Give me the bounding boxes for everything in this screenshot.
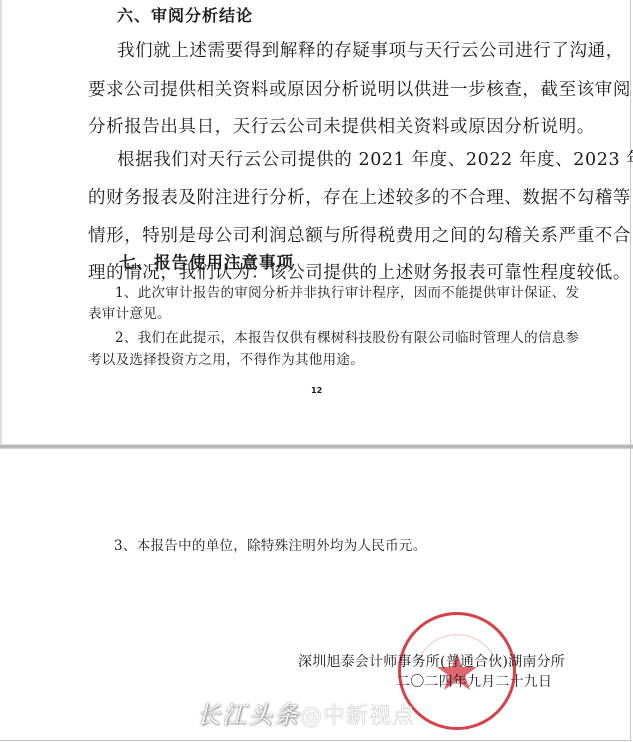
- section-6-para1-line1: 我们就上述需要得到解释的存疑事项与天行云公司进行了沟通，: [117, 41, 624, 61]
- section-7-heading: 七、报告使用注意事项: [119, 253, 294, 273]
- signature-date: 二〇二四年九月二十九日: [396, 671, 552, 691]
- section-6-heading: 六、审阅分析结论: [117, 6, 253, 26]
- section-6-para2-line2: 的财务报表及附注进行分析，存在上述较多的不合理、数据不勾稽等: [88, 188, 631, 208]
- page-number: 12: [311, 386, 322, 395]
- signature-firm-name: 深圳旭泰会计师事务所(普通合伙)湖南分所: [298, 651, 565, 671]
- section-6-para1-line3: 分析报告出具日，天行云公司未提供相关资料或原因分析说明。: [88, 117, 595, 137]
- section-6-para2-line3: 情形，特别是母公司利润总额与所得税费用之间的勾稽关系严重不合: [88, 226, 631, 246]
- section-7-item1-line2: 表审计意见。: [88, 304, 171, 324]
- section-7-item1-line1: 1、此次审计报告的审阅分析并非执行审计程序，因而不能提供审计保证、发: [115, 283, 579, 303]
- section-6-para1-line2: 要求公司提供相关资料或原因分析说明以供进一步核查，截至该审阅: [88, 80, 631, 100]
- section-7-item3: 3、本报告中的单位，除特殊注明外均为人民币元。: [114, 536, 427, 556]
- watermark-source: @中新视点: [300, 704, 415, 729]
- watermark-brand: 长江头条: [196, 701, 300, 729]
- scan-edge: [0, 0, 2, 446]
- section-7-item2-line1: 2、我们在此提示，本报告仅供有棵树科技股份有限公司临时管理人的信息参: [115, 328, 579, 348]
- section-7-item2-line2: 考以及选择投资方之用，不得作为其他用途。: [88, 350, 364, 370]
- section-6-para2-line1: 根据我们对天行云公司提供的 2021 年度、2022 年度、2023 年度: [117, 150, 633, 170]
- watermark: 长江头条@中新视点: [196, 695, 415, 730]
- document-page-12: 六、审阅分析结论 我们就上述需要得到解释的存疑事项与天行云公司进行了沟通， 要求…: [0, 0, 631, 446]
